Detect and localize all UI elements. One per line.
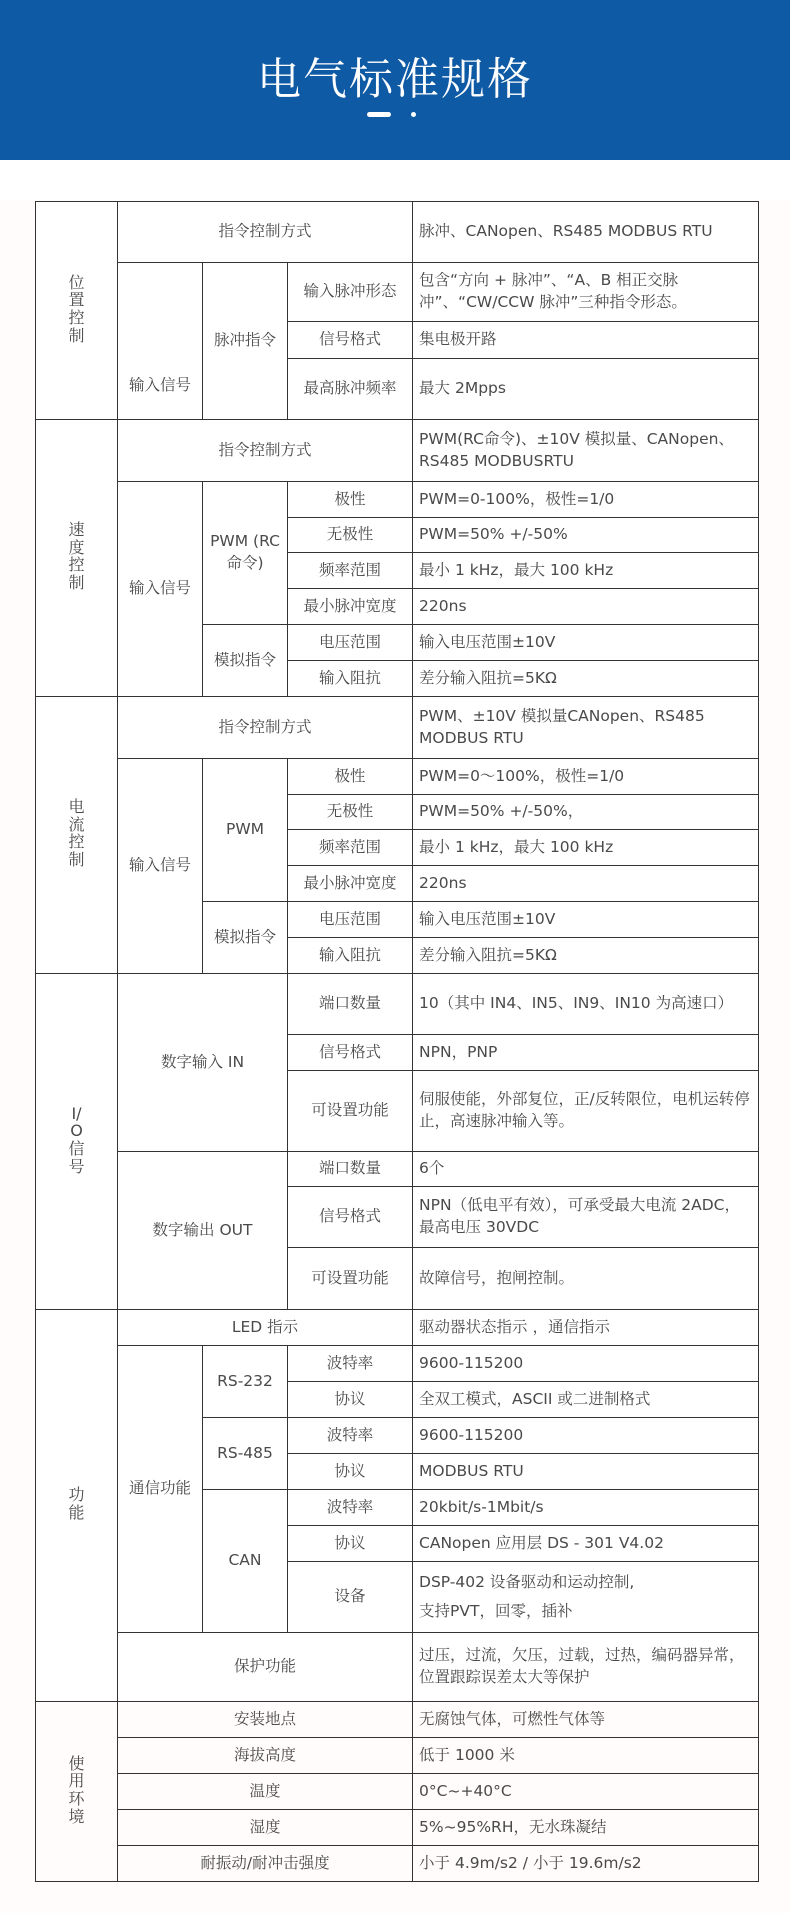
row-label: 极性 xyxy=(288,482,413,518)
table-row: 输入信号 PWM 极性 PWM=0〜100%，极性=1/0 xyxy=(36,759,759,795)
row-value: PWM=0〜100%，极性=1/0 xyxy=(413,759,759,795)
row-label: 保护功能 xyxy=(118,1633,413,1702)
spacer xyxy=(0,160,790,200)
row-value: 20kbit/s-1Mbit/s xyxy=(413,1490,759,1526)
table-row: I/O信号 数字输入 IN 端口数量 10（其中 IN4、IN5、IN9、IN1… xyxy=(36,974,759,1035)
row-value: 220ns xyxy=(413,589,759,625)
row-label: 海拔高度 xyxy=(118,1738,413,1774)
category-label: 速度控制 xyxy=(69,521,85,591)
table-row: 速度控制 指令控制方式 PWM(RC命令)、±10V 模拟量、CANopen、R… xyxy=(36,420,759,482)
table-row: 输入信号 脉冲指令 输入脉冲形态 包含“方向 + 脉冲”、“A、B 相正交脉冲”… xyxy=(36,263,759,322)
group-label: 输入信号 xyxy=(118,482,203,697)
table-row: 电流控制 指令控制方式 PWM、±10V 模拟量CANopen、RS485 MO… xyxy=(36,697,759,759)
row-value: 最小 1 kHz，最大 100 kHz xyxy=(413,830,759,866)
row-label: LED 指示 xyxy=(118,1310,413,1346)
group-label: 输入信号 xyxy=(118,759,203,974)
row-value: NPN，PNP xyxy=(413,1035,759,1071)
row-label: 波特率 xyxy=(288,1418,413,1454)
subgroup-label: 模拟指令 xyxy=(203,625,288,697)
row-label: 电压范围 xyxy=(288,625,413,661)
row-label: 协议 xyxy=(288,1454,413,1490)
row-value: 9600-115200 xyxy=(413,1346,759,1382)
row-label: 输入脉冲形态 xyxy=(288,263,413,322)
group-label: 输入信号 xyxy=(118,263,203,420)
row-label: 湿度 xyxy=(118,1810,413,1846)
row-label: 无极性 xyxy=(288,795,413,830)
row-label: 协议 xyxy=(288,1382,413,1418)
row-value: PWM=50% +/-50%， xyxy=(413,795,759,830)
row-value: CANopen 应用层 DS - 301 V4.02 xyxy=(413,1526,759,1562)
category-position: 位置控制 xyxy=(36,202,118,420)
row-label: 端口数量 xyxy=(288,1152,413,1187)
row-label: 信号格式 xyxy=(288,322,413,359)
row-label: 信号格式 xyxy=(288,1187,413,1248)
row-value: 输入电压范围±10V xyxy=(413,625,759,661)
title-underline-dot xyxy=(411,112,416,117)
subgroup-label: CAN xyxy=(203,1490,288,1633)
row-label: 输入阻抗 xyxy=(288,938,413,974)
table-row: 通信功能 RS-232 波特率 9600-115200 xyxy=(36,1346,759,1382)
subgroup-label: 模拟指令 xyxy=(203,902,288,974)
category-label: 电流控制 xyxy=(69,798,85,868)
category-label: 位置控制 xyxy=(69,274,85,344)
row-value: PWM、±10V 模拟量CANopen、RS485 MODBUS RTU xyxy=(413,697,759,759)
row-label: 指令控制方式 xyxy=(118,202,413,263)
row-label: 输入阻抗 xyxy=(288,661,413,697)
row-label: 可设置功能 xyxy=(288,1071,413,1152)
category-speed: 速度控制 xyxy=(36,420,118,697)
row-value: 0°C~+40°C xyxy=(413,1774,759,1810)
row-value: 驱动器状态指示 ，通信指示 xyxy=(413,1310,759,1346)
row-label: 极性 xyxy=(288,759,413,795)
row-label: 波特率 xyxy=(288,1490,413,1526)
row-label: 无极性 xyxy=(288,518,413,553)
page-header: 电气标准规格 xyxy=(0,0,790,160)
spec-table: 位置控制 指令控制方式 脉冲、CANopen、RS485 MODBUS RTU … xyxy=(35,201,759,1882)
row-value: 无腐蚀气体，可燃性气体等 xyxy=(413,1702,759,1738)
row-value: 脉冲、CANopen、RS485 MODBUS RTU xyxy=(413,202,759,263)
row-label: 温度 xyxy=(118,1774,413,1810)
row-value: 伺服使能，外部复位，正/反转限位，电机运转停止，高速脉冲输入等。 xyxy=(413,1071,759,1152)
page-title: 电气标准规格 xyxy=(0,43,790,107)
table-row: 海拔高度 低于 1000 米 xyxy=(36,1738,759,1774)
row-value: 差分输入阻抗=5KΩ xyxy=(413,938,759,974)
subgroup-label: PWM (RC命令) xyxy=(203,482,288,625)
row-value: 差分输入阻抗=5KΩ xyxy=(413,661,759,697)
row-value: 6个 xyxy=(413,1152,759,1187)
table-row: 功能 LED 指示 驱动器状态指示 ，通信指示 xyxy=(36,1310,759,1346)
category-label: 使用环境 xyxy=(69,1755,85,1825)
row-value: 集电极开路 xyxy=(413,322,759,359)
row-label: 最小脉冲宽度 xyxy=(288,866,413,902)
row-label: 信号格式 xyxy=(288,1035,413,1071)
title-underline-dash xyxy=(367,112,391,117)
row-label: 电压范围 xyxy=(288,902,413,938)
row-value: 9600-115200 xyxy=(413,1418,759,1454)
row-label: 频率范围 xyxy=(288,830,413,866)
row-label: 耐振动/耐冲击强度 xyxy=(118,1846,413,1882)
group-label: 数字输出 OUT xyxy=(118,1152,288,1310)
row-value: PWM=50% +/-50% xyxy=(413,518,759,553)
group-label: 通信功能 xyxy=(118,1346,203,1633)
table-row: 数字输出 OUT 端口数量 6个 xyxy=(36,1152,759,1187)
row-value: MODBUS RTU xyxy=(413,1454,759,1490)
table-row: 湿度 5%~95%RH，无水珠凝结 xyxy=(36,1810,759,1846)
category-label: I/O信号 xyxy=(69,1105,85,1175)
row-value: 最大 2Mpps xyxy=(413,359,759,420)
table-row: 温度 0°C~+40°C xyxy=(36,1774,759,1810)
row-label: 可设置功能 xyxy=(288,1248,413,1310)
table-row: 保护功能 过压，过流，欠压，过载，过热，编码器异常，位置跟踪误差太大等保护 xyxy=(36,1633,759,1702)
row-value: 输入电压范围±10V xyxy=(413,902,759,938)
row-label: 波特率 xyxy=(288,1346,413,1382)
row-value: 220ns xyxy=(413,866,759,902)
row-value: PWM=0-100%，极性=1/0 xyxy=(413,482,759,518)
row-value-line: DSP-402 设备驱动和运动控制, xyxy=(419,1568,752,1597)
row-value: NPN（低电平有效），可承受最大电流 2ADC，最高电压 30VDC xyxy=(413,1187,759,1248)
table-row: 位置控制 指令控制方式 脉冲、CANopen、RS485 MODBUS RTU xyxy=(36,202,759,263)
table-row: 耐振动/耐冲击强度 小于 4.9m/s2 / 小于 19.6m/s2 xyxy=(36,1846,759,1882)
category-environment: 使用环境 xyxy=(36,1702,118,1882)
group-label: 数字输入 IN xyxy=(118,974,288,1152)
row-value: 最小 1 kHz，最大 100 kHz xyxy=(413,553,759,589)
row-label: 协议 xyxy=(288,1526,413,1562)
row-label: 指令控制方式 xyxy=(118,420,413,482)
subgroup-label: RS-485 xyxy=(203,1418,288,1490)
category-io: I/O信号 xyxy=(36,974,118,1310)
row-value: 过压，过流，欠压，过载，过热，编码器异常，位置跟踪误差太大等保护 xyxy=(413,1633,759,1702)
row-label: 指令控制方式 xyxy=(118,697,413,759)
row-value: 全双工模式，ASCII 或二进制格式 xyxy=(413,1382,759,1418)
subgroup-label: 脉冲指令 xyxy=(203,263,288,420)
row-label: 安装地点 xyxy=(118,1702,413,1738)
row-label: 最高脉冲频率 xyxy=(288,359,413,420)
row-value-line: 支持PVT，回零，插补 xyxy=(419,1597,752,1626)
row-value: 故障信号，抱闸控制。 xyxy=(413,1248,759,1310)
row-value: 低于 1000 米 xyxy=(413,1738,759,1774)
subgroup-label: RS-232 xyxy=(203,1346,288,1418)
category-current: 电流控制 xyxy=(36,697,118,974)
category-function: 功能 xyxy=(36,1310,118,1702)
row-value: 10（其中 IN4、IN5、IN9、IN10 为高速口） xyxy=(413,974,759,1035)
table-row: 使用环境 安装地点 无腐蚀气体，可燃性气体等 xyxy=(36,1702,759,1738)
row-value: DSP-402 设备驱动和运动控制,支持PVT，回零，插补 xyxy=(413,1562,759,1633)
row-label: 端口数量 xyxy=(288,974,413,1035)
subgroup-label: PWM xyxy=(203,759,288,902)
row-value: PWM(RC命令)、±10V 模拟量、CANopen、RS485 MODBUSR… xyxy=(413,420,759,482)
row-value: 小于 4.9m/s2 / 小于 19.6m/s2 xyxy=(413,1846,759,1882)
row-label: 频率范围 xyxy=(288,553,413,589)
category-label: 功能 xyxy=(69,1486,85,1521)
table-row: 输入信号 PWM (RC命令) 极性 PWM=0-100%，极性=1/0 xyxy=(36,482,759,518)
row-value: 包含“方向 + 脉冲”、“A、B 相正交脉冲”、“CW/CCW 脉冲”三种指令形… xyxy=(413,263,759,322)
row-value: 5%~95%RH，无水珠凝结 xyxy=(413,1810,759,1846)
row-label: 设备 xyxy=(288,1562,413,1633)
row-label: 最小脉冲宽度 xyxy=(288,589,413,625)
